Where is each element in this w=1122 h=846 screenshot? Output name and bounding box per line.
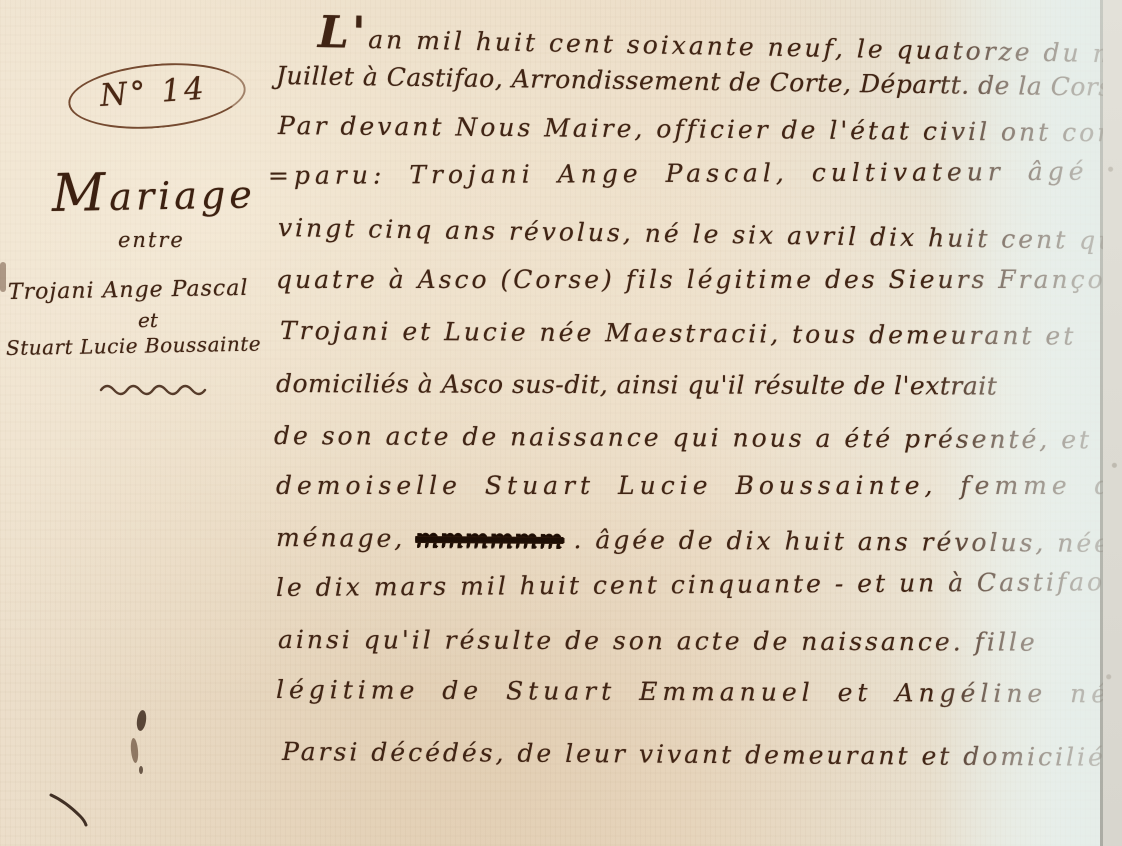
struck-out-word: mmmmmm (415, 524, 563, 554)
handwritten-line: légitime de Stuart Emmanuel et Angéline … (276, 674, 1122, 711)
ink-speck (139, 766, 143, 774)
handwritten-line-with-correction: ménage,mmmmmm. âgée de dix huit ans révo… (276, 522, 1122, 560)
ink-blot (136, 709, 148, 731)
handwritten-line: Par devant Nous Maire, officier de l'éta… (278, 110, 1122, 150)
act-number: N° 14 (99, 71, 208, 114)
handwritten-line: le dix mars mil huit cent cinquante - et… (276, 566, 1105, 604)
register-page-scan: N° 14 Mariage entre Trojani Ange Pascal … (0, 0, 1122, 846)
handwritten-line: ainsi qu'il résulte de son acte de naiss… (278, 624, 1038, 659)
handwritten-line: domiciliés à Asco sus-dit, ainsi qu'il r… (276, 368, 997, 403)
handwritten-line: Trojani et Lucie née Maestracii, tous de… (280, 315, 1077, 353)
margin-bride-name: Stuart Lucie Boussainte (6, 332, 262, 360)
line-text-before-strike: ménage, (276, 523, 405, 553)
handwritten-line: Parsi décédés, de leur vivant demeurant … (282, 736, 1122, 774)
flourish-squiggle (98, 380, 208, 396)
handwritten-line: =paru: Trojani Ange Pascal, cultivateur … (268, 155, 1122, 192)
margin-between-label: entre (118, 228, 185, 252)
margin-act-title: Mariage (51, 160, 256, 224)
margin-and-label: et (138, 308, 158, 332)
left-edge-ink-mark (0, 262, 6, 292)
ink-blot (130, 738, 139, 764)
handwritten-line: demoiselle Stuart Lucie Boussainte, femm… (276, 470, 1122, 503)
handwritten-line: de son acte de naissance qui nous a été … (274, 420, 1122, 457)
handwritten-line: vingt cinq ans révolus, né le six avril … (278, 212, 1122, 259)
margin-groom-name: Trojani Ange Pascal (8, 276, 249, 305)
handwritten-line: quatre à Asco (Corse) fils légitime des … (276, 264, 1122, 297)
line-text-after-strike: . âgée de dix huit ans révolus, née (573, 525, 1112, 558)
stray-pen-stroke (46, 790, 98, 832)
